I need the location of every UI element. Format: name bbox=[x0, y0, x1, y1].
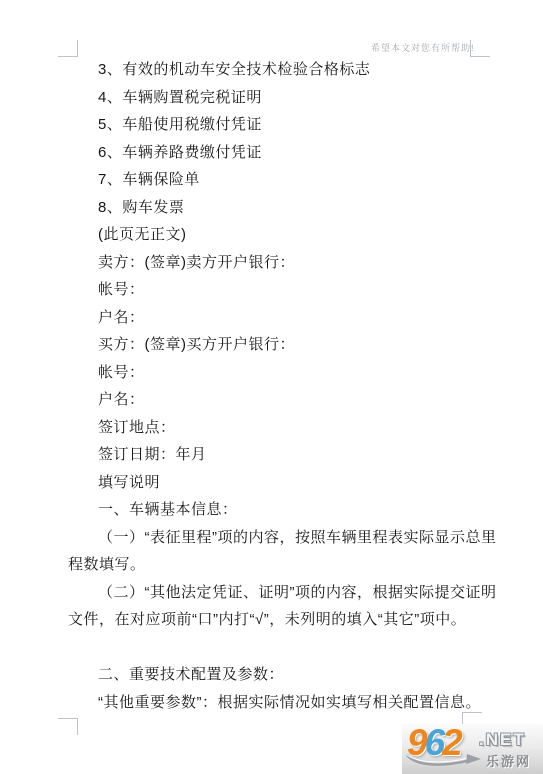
text-line: “其他重要参数”：根据实际情况如实填写相关配置信息。 bbox=[68, 689, 488, 717]
text-line: 二、重要技术配置及参数： bbox=[68, 661, 488, 689]
text-line: 5、车船使用税缴付凭证 bbox=[68, 111, 488, 139]
header-note: 希望本文对您有所帮助! bbox=[371, 41, 475, 54]
text-line: （一）“表征里程”项的内容，按照车辆里程表实际显示总里 bbox=[68, 524, 488, 552]
text-line: 文件，在对应项前“口”内打“√”，未列明的填入“其它”项中。 bbox=[68, 606, 488, 634]
text-line: 户名： bbox=[68, 386, 488, 414]
text-line: 户名： bbox=[68, 304, 488, 332]
text-line: 帐号： bbox=[68, 276, 488, 304]
text-line: 程数填写。 bbox=[68, 551, 488, 579]
logo-net-suffix: .NET bbox=[479, 730, 526, 750]
text-line: 6、车辆养路费缴付凭证 bbox=[68, 139, 488, 167]
text-line: 一、车辆基本信息： bbox=[68, 496, 488, 524]
text-line: 卖方：(签章)卖方开户银行： bbox=[68, 249, 488, 277]
text-line: 签订地点： bbox=[68, 414, 488, 442]
document-page: { "meta": { "header_note": "希望本文对您有所帮助!"… bbox=[0, 0, 543, 774]
leyou-watermark-logo[interactable]: 962 .NET 乐游网 bbox=[402, 724, 543, 774]
text-line: 7、车辆保险单 bbox=[68, 166, 488, 194]
margin-crop-mark-bottom-left bbox=[58, 718, 78, 735]
text-line: 4、车辆购置税完税证明 bbox=[68, 84, 488, 112]
document-lines: 3、有效的机动车安全技术检验合格标志4、车辆购置税完税证明5、车船使用税缴付凭证… bbox=[68, 56, 488, 716]
text-line: （二）“其他法定凭证、证明”项的内容，根据实际提交证明 bbox=[68, 579, 488, 607]
text-line: 买方：(签章)买方开户银行： bbox=[68, 331, 488, 359]
text-line: (此页无正文) bbox=[68, 221, 488, 249]
text-line: 签订日期：年月 bbox=[68, 441, 488, 469]
text-line bbox=[68, 634, 488, 662]
swoosh-arrow-icon bbox=[405, 751, 493, 771]
margin-crop-mark-top-left bbox=[58, 40, 78, 57]
text-line: 填写说明 bbox=[68, 469, 488, 497]
text-line: 8、购车发票 bbox=[68, 194, 488, 222]
text-line: 3、有效的机动车安全技术检验合格标志 bbox=[68, 56, 488, 84]
text-line: 帐号： bbox=[68, 359, 488, 387]
